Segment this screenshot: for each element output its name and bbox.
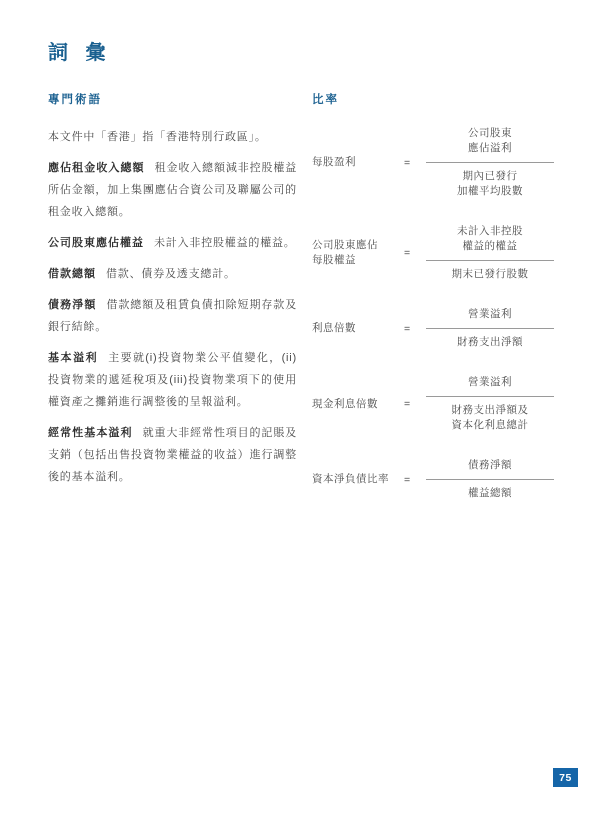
terminology-section: 專門術語 本文件中「香港」指「香港特別行政區」。 應佔租金收入總額租金收入總額減… xyxy=(48,91,297,497)
fraction-denominator: 期末已發行股數 xyxy=(426,261,554,282)
term-definition: 經常性基本溢利就重大非經常性項目的記賬及支銷（包括出售投資物業權益的收益）進行調… xyxy=(48,422,297,488)
term-definition: 基本溢利主要就(i)投資物業公平值變化，(ii)投資物業的遞延稅項及(iii)投… xyxy=(48,347,297,413)
ratio-label: 利息倍數 xyxy=(312,321,404,336)
equals-sign: = xyxy=(404,157,426,169)
fraction-numerator: 公司股東 應佔溢利 xyxy=(426,126,554,163)
term-definition: 應佔租金收入總額租金收入總額減非控股權益所佔金額，加上集團應佔合資公司及聯屬公司… xyxy=(48,157,297,223)
equals-sign: = xyxy=(404,323,426,335)
fraction-numerator: 營業溢利 xyxy=(426,307,554,329)
ratio-row-cash-interest-cover: 現金利息倍數 = 營業溢利 財務支出淨額及 資本化利息總計 xyxy=(312,375,554,433)
fraction-denominator: 期內已發行 加權平均股數 xyxy=(426,163,554,199)
terminology-heading: 專門術語 xyxy=(48,91,297,107)
fraction-denominator: 財務支出淨額及 資本化利息總計 xyxy=(426,397,554,433)
term-definition-text: 未計入非控股權益的權益。 xyxy=(154,237,296,249)
term-name: 債務淨額 xyxy=(48,299,96,311)
fraction-denominator: 權益總額 xyxy=(426,480,554,501)
term-definition: 公司股東應佔權益未計入非控股權益的權益。 xyxy=(48,232,297,254)
term-definition: 借款總額借款、債券及透支總計。 xyxy=(48,263,297,285)
ratio-fraction: 營業溢利 財務支出淨額 xyxy=(426,307,554,350)
ratio-fraction: 未計入非控股 權益的權益 期末已發行股數 xyxy=(426,224,554,282)
fraction-numerator: 未計入非控股 權益的權益 xyxy=(426,224,554,261)
ratio-fraction: 債務淨額 權益總額 xyxy=(426,458,554,501)
equals-sign: = xyxy=(404,247,426,259)
ratio-label: 公司股東應佔 每股權益 xyxy=(312,238,404,268)
ratio-fraction: 營業溢利 財務支出淨額及 資本化利息總計 xyxy=(426,375,554,433)
fraction-numerator: 營業溢利 xyxy=(426,375,554,397)
ratio-row-gearing-ratio: 資本淨負債比率 = 債務淨額 權益總額 xyxy=(312,458,554,501)
ratio-row-interest-cover: 利息倍數 = 營業溢利 財務支出淨額 xyxy=(312,307,554,350)
term-name: 借款總額 xyxy=(48,268,96,280)
page-number-badge: 75 xyxy=(553,768,578,787)
term-definition-text: 借款、債券及透支總計。 xyxy=(106,268,236,280)
ratios-heading: 比率 xyxy=(312,91,554,107)
ratios-section: 比率 每股盈利 = 公司股東 應佔溢利 期內已發行 加權平均股數 公司股東應佔 … xyxy=(312,91,554,526)
fraction-denominator: 財務支出淨額 xyxy=(426,329,554,350)
ratio-fraction: 公司股東 應佔溢利 期內已發行 加權平均股數 xyxy=(426,126,554,199)
term-name: 經常性基本溢利 xyxy=(48,427,133,439)
page-title: 詞 彙 xyxy=(48,36,112,65)
equals-sign: = xyxy=(404,474,426,486)
ratio-label: 每股盈利 xyxy=(312,155,404,170)
page-number: 75 xyxy=(559,772,572,784)
equals-sign: = xyxy=(404,398,426,410)
fraction-numerator: 債務淨額 xyxy=(426,458,554,480)
ratio-row-earnings-per-share: 每股盈利 = 公司股東 應佔溢利 期內已發行 加權平均股數 xyxy=(312,126,554,199)
term-definition: 債務淨額借款總額及租賃負債扣除短期存款及銀行結餘。 xyxy=(48,294,297,338)
ratio-label: 資本淨負債比率 xyxy=(312,472,404,487)
ratio-label: 現金利息倍數 xyxy=(312,397,404,412)
document-page: 詞 彙 專門術語 本文件中「香港」指「香港特別行政區」。 應佔租金收入總額租金收… xyxy=(0,0,600,814)
term-name: 公司股東應佔權益 xyxy=(48,237,144,249)
ratio-row-equity-per-share: 公司股東應佔 每股權益 = 未計入非控股 權益的權益 期末已發行股數 xyxy=(312,224,554,282)
term-name: 基本溢利 xyxy=(48,352,98,364)
intro-paragraph: 本文件中「香港」指「香港特別行政區」。 xyxy=(48,126,297,148)
term-name: 應佔租金收入總額 xyxy=(48,162,145,174)
